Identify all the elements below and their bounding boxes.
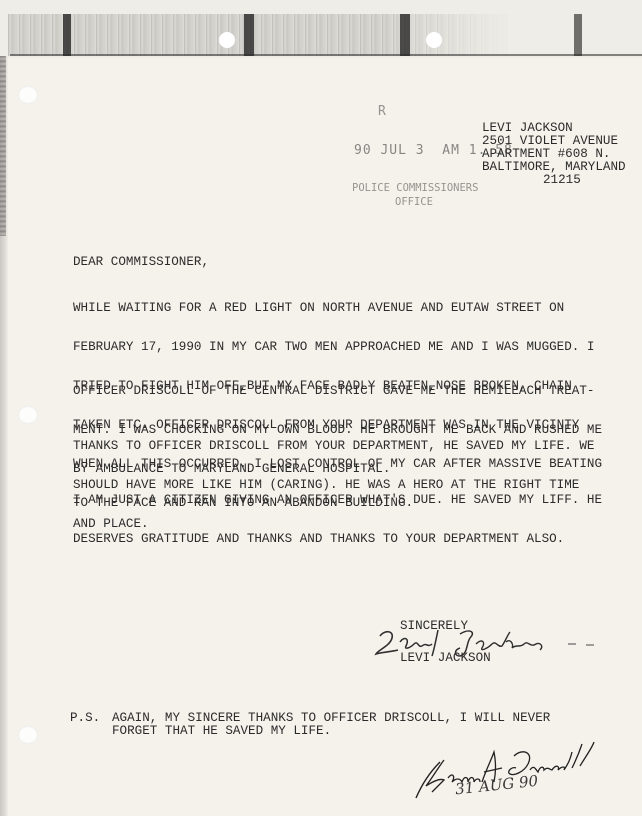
scan-bar	[574, 14, 582, 56]
stamp-line-office-2: OFFICE	[395, 196, 433, 208]
body-line: OFFICER DRISCOLL OF THE CENTRAL DISTRICT…	[73, 385, 602, 398]
photocopy-scan-band	[0, 0, 642, 58]
scan-bar	[63, 14, 71, 56]
punch-hole-middle	[18, 406, 38, 424]
stamp-line-received: R	[378, 104, 386, 119]
sheet-top-edge	[10, 54, 642, 56]
body-line: THANKS TO OFFICER DRISCOLL FROM YOUR DEP…	[73, 440, 594, 453]
top-punch-hole	[219, 32, 235, 48]
typed-signature-name: LEVI JACKSON	[400, 652, 491, 665]
driscoll-signature-icon	[410, 738, 610, 804]
scan-bar	[400, 14, 410, 56]
letter-page: R 90 JUL 3 AM 1. 58 POLICE COMMISSIONERS…	[0, 0, 642, 816]
sheet-left-edge-shadow	[0, 56, 6, 236]
body-line: FEBRUARY 17, 1990 IN MY CAR TWO MEN APPR…	[73, 341, 602, 354]
stamp-line-office: POLICE COMMISSIONERS	[352, 182, 478, 194]
sender-zip: 21215	[543, 174, 581, 187]
postscript-line: FORGET THAT HE SAVED MY LIFE.	[112, 725, 331, 738]
body-paragraph-4: I AM JUST A CITIZEN GIVING AN OFFICER WH…	[73, 468, 602, 572]
scan-bar	[244, 14, 254, 56]
salutation: DEAR COMMISSIONER,	[73, 256, 209, 269]
body-line: WHILE WAITING FOR A RED LIGHT ON NORTH A…	[73, 302, 602, 315]
punch-hole-top	[18, 86, 38, 104]
top-punch-hole	[426, 32, 442, 48]
postscript-label: P.S.	[70, 712, 100, 725]
body-line: DESERVES GRATITUDE AND THANKS AND THANKS…	[73, 533, 602, 546]
body-line: I AM JUST A CITIZEN GIVING AN OFFICER WH…	[73, 494, 602, 507]
punch-hole-bottom	[18, 726, 38, 744]
